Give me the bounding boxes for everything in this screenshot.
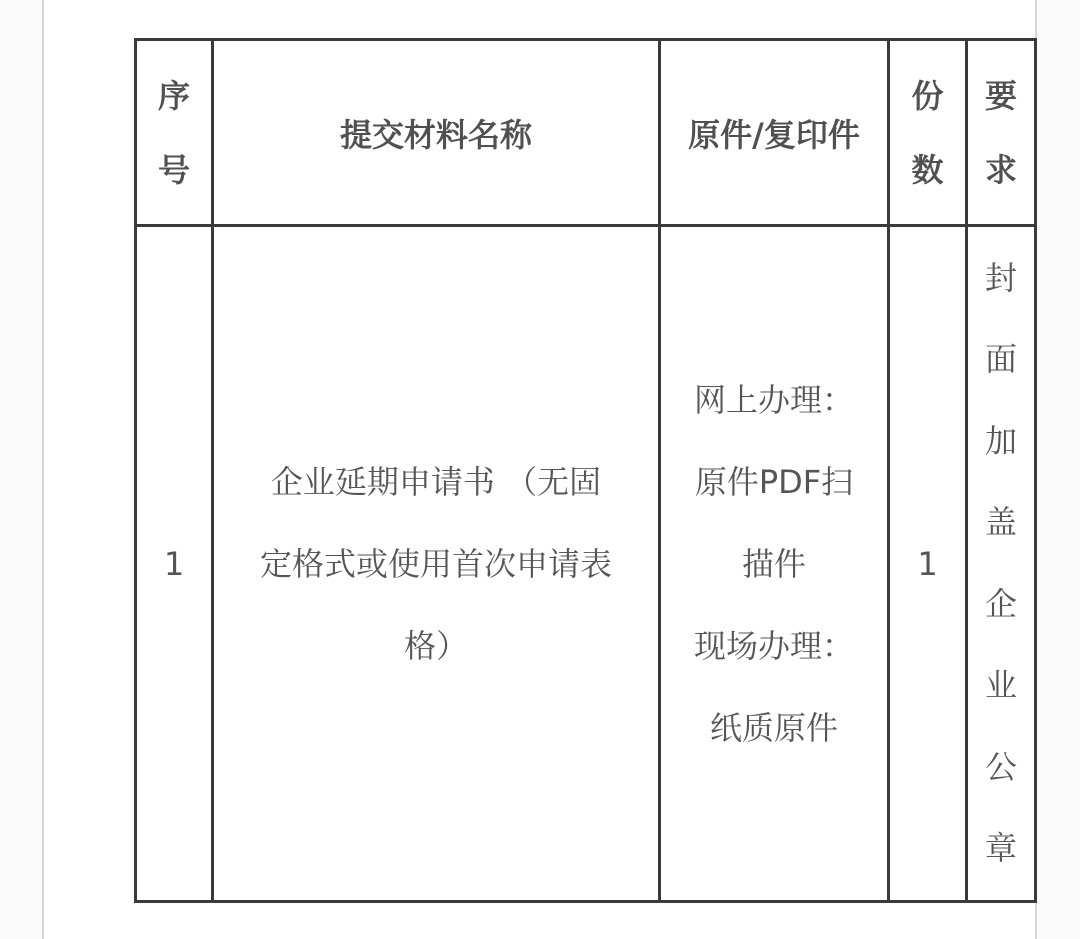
table-row: 1 企业延期申请书 （无固 定格式或使用首次申请表 格） 网上办理： 原件PDF… — [136, 226, 1036, 902]
header-char: 要 — [985, 59, 1017, 133]
cell-original-or-copy: 网上办理： 原件PDF扫 描件 现场办理： 纸质原件 — [660, 226, 889, 902]
requirement-char: 面 — [985, 319, 1017, 401]
document-page: 序 号 提交材料名称 原件/复印件 份 数 要 求 — [42, 0, 1037, 939]
header-original-or-copy: 原件/复印件 — [660, 40, 889, 226]
text-line: 描件 — [661, 523, 887, 605]
table-header-row: 序 号 提交材料名称 原件/复印件 份 数 要 求 — [136, 40, 1036, 226]
text-line: 网上办理： — [661, 359, 887, 441]
text-line: 定格式或使用首次申请表 — [214, 523, 658, 605]
text-line: 现场办理： — [661, 605, 887, 687]
cell-material-name: 企业延期申请书 （无固 定格式或使用首次申请表 格） — [213, 226, 660, 902]
header-char: 序 — [158, 59, 190, 133]
header-char: 数 — [911, 133, 943, 207]
text-line: 原件PDF扫 — [661, 441, 887, 523]
cell-requirement: 封 面 加 盖 企 业 公 章 — [967, 226, 1036, 902]
requirement-char: 盖 — [985, 482, 1017, 564]
header-char: 求 — [985, 133, 1017, 207]
requirement-char: 企 — [985, 564, 1017, 646]
header-index: 序 号 — [136, 40, 213, 226]
cell-index: 1 — [136, 226, 213, 902]
header-copies: 份 数 — [889, 40, 967, 226]
text-line: 纸质原件 — [661, 687, 887, 769]
header-material-name: 提交材料名称 — [213, 40, 660, 226]
requirement-char: 公 — [985, 727, 1017, 809]
requirement-char: 章 — [985, 808, 1017, 890]
header-char: 号 — [158, 133, 190, 207]
cell-copies: 1 — [889, 226, 967, 902]
header-requirement: 要 求 — [967, 40, 1036, 226]
requirement-char: 加 — [985, 401, 1017, 483]
materials-table: 序 号 提交材料名称 原件/复印件 份 数 要 求 — [134, 38, 1037, 903]
requirement-char: 封 — [985, 238, 1017, 320]
text-line: 企业延期申请书 （无固 — [214, 441, 658, 523]
text-line: 格） — [214, 605, 658, 687]
header-char: 份 — [911, 59, 943, 133]
requirement-char: 业 — [985, 645, 1017, 727]
